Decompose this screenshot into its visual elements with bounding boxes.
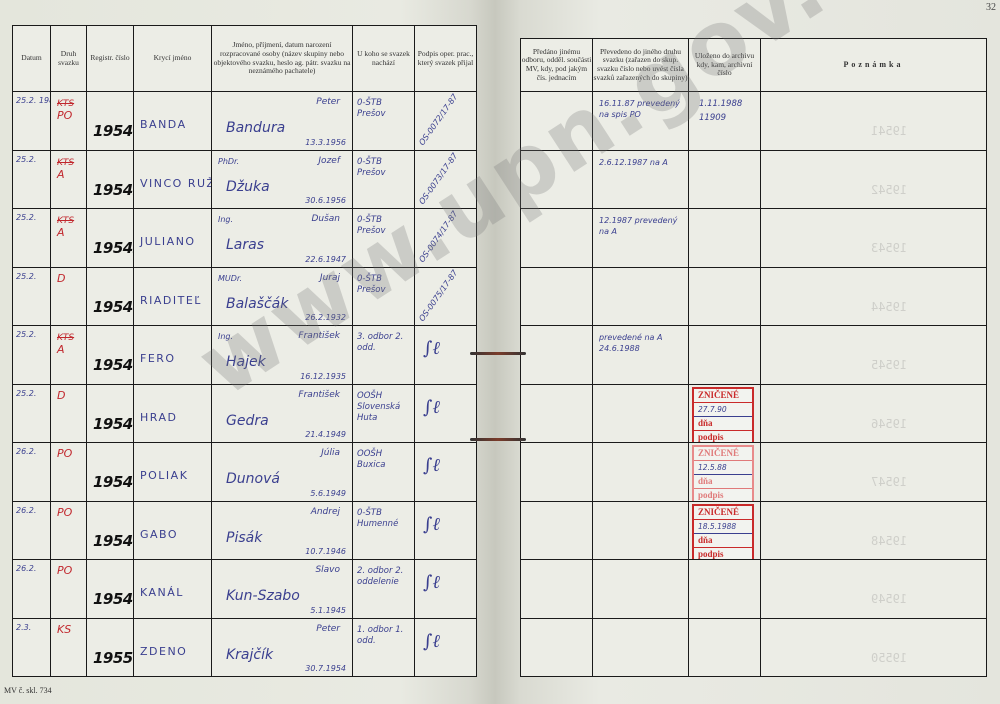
registration-number: 19543 bbox=[93, 239, 134, 257]
ledger-row: 25.2.KTSA19542VINCO RUŽENAPhDr.JozefDžuk… bbox=[13, 150, 477, 209]
right-header-col-3: Uloženo do archivu kdy, kam, archivní čí… bbox=[689, 39, 761, 92]
converted-note: 16.11.87 prevedený na spis PO bbox=[599, 98, 686, 120]
ledger-row-right: ZNIČENÉ12.5.88dňapodpis19547 bbox=[521, 443, 987, 502]
file-location: OOŠH Buxica bbox=[357, 449, 409, 472]
stamp-date: 12.5.88 bbox=[694, 461, 752, 475]
cover-name-cell: HRAD bbox=[134, 384, 212, 443]
handwritten-signature-mark: ∫ℓ bbox=[423, 455, 440, 476]
reg-number-cell: 19546 bbox=[87, 384, 134, 443]
ledger-row-right: 16.11.87 prevedený na spis PO1.11.1988 1… bbox=[521, 92, 987, 151]
registration-number: 19542 bbox=[93, 181, 134, 199]
left-header-col-5: Jméno, příjmení, datum narození rozpraco… bbox=[212, 26, 353, 92]
date-cell: 26.2. bbox=[13, 501, 51, 560]
note-cell: 19550 bbox=[761, 618, 987, 677]
entry-date: 26.2. bbox=[16, 447, 36, 456]
signature-cell: ∫ℓ bbox=[415, 326, 477, 385]
entry-date: 25.2. 1987 bbox=[16, 96, 51, 105]
cover-name-cell: RIADITEĽ bbox=[134, 267, 212, 326]
reg-number-cell: 19549 bbox=[87, 560, 134, 619]
reg-number-cell: 19542 bbox=[87, 150, 134, 209]
ledger-row: 25.2.KTSA19545FEROIng.FrantišekHajek16.1… bbox=[13, 326, 477, 385]
cover-name-cell: JULIANO bbox=[134, 209, 212, 268]
type-cell: PO bbox=[51, 560, 87, 619]
type-cell: KTSPO bbox=[51, 92, 87, 151]
converted-cell: 2.6.12.1987 na A bbox=[593, 150, 689, 209]
stamp-day-label: dňa bbox=[694, 475, 752, 489]
transferred-cell bbox=[521, 384, 593, 443]
cover-name: POLIAK bbox=[140, 469, 188, 482]
left-header-col-4: Krycí jméno bbox=[134, 26, 212, 92]
person-cell: JúliaDunová5.6.1949 bbox=[212, 443, 353, 502]
surname: Dunová bbox=[226, 471, 280, 487]
file-location: 0-ŠTB Humenné bbox=[357, 508, 409, 531]
converted-cell: prevedené na A 24.6.1988 bbox=[593, 326, 689, 385]
surname: Pisák bbox=[226, 530, 262, 546]
file-type: PO bbox=[57, 506, 72, 519]
registration-number: 19546 bbox=[93, 415, 134, 433]
ledger-row-right: 19544 bbox=[521, 267, 987, 326]
location-cell: 0-ŠTB Prešov bbox=[353, 92, 415, 151]
first-name: Andrej bbox=[311, 507, 340, 517]
transferred-cell bbox=[521, 443, 593, 502]
ledger-row-right: 2.6.12.1987 na A19542 bbox=[521, 150, 987, 209]
ledger-row: 2.3.KS19550ZDENOPeterKrajčík30.7.19541. … bbox=[13, 618, 477, 677]
first-name: Peter bbox=[316, 624, 340, 634]
left-header-col-3: Registr. číslo bbox=[87, 26, 134, 92]
signature-cell: ∫ℓ bbox=[415, 560, 477, 619]
person-cell: Ing.DušanLaras22.6.1947 bbox=[212, 209, 353, 268]
note-cell: 19543 bbox=[761, 209, 987, 268]
bleed-through-number: 19542 bbox=[871, 183, 907, 197]
file-type: KTSA bbox=[57, 155, 74, 181]
handwritten-signature-mark: ∫ℓ bbox=[423, 397, 440, 418]
struck-type: KTS bbox=[57, 158, 74, 168]
date-cell: 26.2. bbox=[13, 443, 51, 502]
location-cell: OOŠH Slovenská Huta bbox=[353, 384, 415, 443]
left-header-col-6: U koho se svazek nachází bbox=[353, 26, 415, 92]
file-type: PO bbox=[57, 447, 72, 460]
type-cell: D bbox=[51, 267, 87, 326]
registration-number: 19548 bbox=[93, 532, 134, 550]
file-location: 2. odbor 2. oddelenie bbox=[357, 566, 409, 589]
reg-number-cell: 19543 bbox=[87, 209, 134, 268]
handwritten-signature-mark: ∫ℓ bbox=[423, 631, 440, 652]
stamp-signature-label: podpis bbox=[694, 489, 752, 501]
reg-number-cell: 19550 bbox=[87, 618, 134, 677]
first-name: Juraj bbox=[320, 273, 340, 283]
bleed-through-number: 19546 bbox=[871, 417, 907, 431]
current-type: A bbox=[57, 168, 65, 181]
entry-date: 25.2. bbox=[16, 330, 36, 339]
signature-cell: OS-0072/17-87 bbox=[415, 92, 477, 151]
location-cell: 0-ŠTB Prešov bbox=[353, 267, 415, 326]
type-cell: KS bbox=[51, 618, 87, 677]
cover-name: RIADITEĽ bbox=[140, 294, 202, 307]
transferred-cell bbox=[521, 92, 593, 151]
surname: Balaščák bbox=[226, 296, 288, 312]
location-cell: 0-ŠTB Humenné bbox=[353, 501, 415, 560]
left-header-col-1: Datum bbox=[13, 26, 51, 92]
transferred-cell bbox=[521, 326, 593, 385]
person-cell: SlavoKun-Szabo5.1.1945 bbox=[212, 560, 353, 619]
location-cell: 0-ŠTB Prešov bbox=[353, 209, 415, 268]
binding-thread-bottom bbox=[470, 438, 526, 441]
note-cell: 19545 bbox=[761, 326, 987, 385]
right-header-col-4: Poznámka bbox=[761, 39, 987, 92]
date-of-birth: 30.7.1954 bbox=[305, 664, 346, 673]
ledger-row: 25.2.D19546HRADFrantišekGedra21.4.1949OO… bbox=[13, 384, 477, 443]
note-cell: 19541 bbox=[761, 92, 987, 151]
converted-cell bbox=[593, 443, 689, 502]
person-cell: PhDr.JozefDžuka30.6.1956 bbox=[212, 150, 353, 209]
destroyed-stamp: ZNIČENÉ12.5.88dňapodpis bbox=[692, 445, 754, 501]
cover-name-cell: KANÁL bbox=[134, 560, 212, 619]
cover-name: BANDA bbox=[140, 118, 187, 131]
registration-number: 19549 bbox=[93, 590, 134, 608]
cover-name: VINCO RUŽENA bbox=[140, 177, 212, 190]
cover-name: GABO bbox=[140, 528, 178, 541]
type-cell: PO bbox=[51, 501, 87, 560]
left-header-col-2: Druh svazku bbox=[51, 26, 87, 92]
person-title: Ing. bbox=[218, 332, 233, 341]
date-of-birth: 16.12.1935 bbox=[300, 372, 346, 381]
converted-cell bbox=[593, 267, 689, 326]
transferred-cell bbox=[521, 560, 593, 619]
person-cell: PeterBandura13.3.1956 bbox=[212, 92, 353, 151]
converted-note: prevedené na A 24.6.1988 bbox=[599, 332, 686, 354]
date-cell: 26.2. bbox=[13, 560, 51, 619]
converted-cell bbox=[593, 560, 689, 619]
converted-cell: 16.11.87 prevedený na spis PO bbox=[593, 92, 689, 151]
date-of-birth: 30.6.1956 bbox=[305, 196, 346, 205]
cover-name-cell: ZDENO bbox=[134, 618, 212, 677]
person-cell: MUDr.JurajBalaščák26.2.1932 bbox=[212, 267, 353, 326]
bleed-through-number: 19545 bbox=[871, 358, 907, 372]
current-type: D bbox=[57, 272, 65, 285]
person-title: Ing. bbox=[218, 215, 233, 224]
file-location: 1. odbor 1. odd. bbox=[357, 625, 409, 648]
handwritten-signature-mark: ∫ℓ bbox=[423, 338, 440, 359]
cover-name: JULIANO bbox=[140, 235, 196, 248]
officer-signature-ref: OS-0075/17-87 bbox=[417, 268, 459, 323]
signature-cell: OS-0074/17-87 bbox=[415, 209, 477, 268]
archive-cell bbox=[689, 326, 761, 385]
archive-cell bbox=[689, 267, 761, 326]
entry-date: 2.3. bbox=[16, 623, 31, 632]
officer-signature-ref: OS-0074/17-87 bbox=[417, 209, 459, 264]
right-header-row: Předáno jinému odboru, odděl. součásti M… bbox=[521, 39, 987, 92]
note-cell: 19547 bbox=[761, 443, 987, 502]
converted-note: 2.6.12.1987 na A bbox=[599, 157, 686, 168]
ledger-row: 25.2.KTSA19543JULIANOIng.DušanLaras22.6.… bbox=[13, 209, 477, 268]
file-type: PO bbox=[57, 564, 72, 577]
converted-cell bbox=[593, 384, 689, 443]
current-type: A bbox=[57, 343, 65, 356]
bleed-through-number: 19547 bbox=[871, 475, 907, 489]
date-of-birth: 10.7.1946 bbox=[305, 547, 346, 556]
reg-number-cell: 19548 bbox=[87, 501, 134, 560]
type-cell: KTSA bbox=[51, 209, 87, 268]
date-cell: 25.2. bbox=[13, 326, 51, 385]
cover-name: ZDENO bbox=[140, 645, 187, 658]
surname: Hajek bbox=[226, 354, 266, 370]
ledger-row-right: ZNIČENÉ18.5.1988dňapodpis19548 bbox=[521, 501, 987, 560]
converted-cell bbox=[593, 501, 689, 560]
file-type: KTSPO bbox=[57, 96, 74, 122]
file-location: 3. odbor 2. odd. bbox=[357, 332, 409, 355]
archive-cell: ZNIČENÉ27.7.90dňapodpis bbox=[689, 384, 761, 443]
date-of-birth: 5.1.1945 bbox=[310, 606, 346, 615]
date-cell: 25.2. bbox=[13, 267, 51, 326]
transferred-cell bbox=[521, 501, 593, 560]
date-of-birth: 13.3.1956 bbox=[305, 138, 346, 147]
cover-name-cell: BANDA bbox=[134, 92, 212, 151]
surname: Krajčík bbox=[226, 647, 273, 663]
surname: Kun-Szabo bbox=[226, 588, 300, 604]
entry-date: 25.2. bbox=[16, 155, 36, 164]
person-title: PhDr. bbox=[218, 157, 239, 166]
right-ledger-table: Předáno jinému odboru, odděl. součásti M… bbox=[520, 38, 987, 677]
transferred-cell bbox=[521, 618, 593, 677]
archive-cell bbox=[689, 618, 761, 677]
entry-date: 26.2. bbox=[16, 506, 36, 515]
signature-cell: ∫ℓ bbox=[415, 384, 477, 443]
file-location: 0-ŠTB Prešov bbox=[357, 274, 409, 297]
file-type: D bbox=[57, 389, 65, 402]
signature-cell: OS-0075/17-87 bbox=[415, 267, 477, 326]
signature-cell: ∫ℓ bbox=[415, 443, 477, 502]
ledger-row-right: prevedené na A 24.6.198819545 bbox=[521, 326, 987, 385]
note-cell: 19546 bbox=[761, 384, 987, 443]
ledger-row: 26.2.PO19549KANÁLSlavoKun-Szabo5.1.19452… bbox=[13, 560, 477, 619]
date-cell: 25.2. bbox=[13, 209, 51, 268]
file-type: KTSA bbox=[57, 330, 74, 356]
cover-name-cell: FERO bbox=[134, 326, 212, 385]
location-cell: 3. odbor 2. odd. bbox=[353, 326, 415, 385]
stamp-day-label: dňa bbox=[694, 417, 752, 431]
archive-cell bbox=[689, 560, 761, 619]
handwritten-signature-mark: ∫ℓ bbox=[423, 572, 440, 593]
first-name: Peter bbox=[316, 97, 340, 107]
location-cell: OOŠH Buxica bbox=[353, 443, 415, 502]
first-name: Júlia bbox=[321, 448, 340, 458]
ledger-row-right: 19549 bbox=[521, 560, 987, 619]
officer-signature-ref: OS-0072/17-87 bbox=[417, 92, 459, 147]
surname: Gedra bbox=[226, 413, 269, 429]
cover-name-cell: POLIAK bbox=[134, 443, 212, 502]
converted-cell bbox=[593, 618, 689, 677]
current-type: D bbox=[57, 389, 65, 402]
file-type: KTSA bbox=[57, 213, 74, 239]
date-of-birth: 5.6.1949 bbox=[310, 489, 346, 498]
reg-number-cell: 19547 bbox=[87, 443, 134, 502]
first-name: František bbox=[298, 390, 340, 400]
page-number: 32 bbox=[986, 2, 996, 13]
person-cell: AndrejPisák10.7.1946 bbox=[212, 501, 353, 560]
stamp-signature-label: podpis bbox=[694, 431, 752, 443]
archive-cell bbox=[689, 209, 761, 268]
registration-number: 19544 bbox=[93, 298, 134, 316]
type-cell: D bbox=[51, 384, 87, 443]
note-cell: 19548 bbox=[761, 501, 987, 560]
location-cell: 0-ŠTB Prešov bbox=[353, 150, 415, 209]
date-of-birth: 22.6.1947 bbox=[305, 255, 346, 264]
stamp-date: 27.7.90 bbox=[694, 403, 752, 417]
cover-name: HRAD bbox=[140, 411, 177, 424]
ledger-row: 26.2.PO19548GABOAndrejPisák10.7.19460-ŠT… bbox=[13, 501, 477, 560]
first-name: Dušan bbox=[311, 214, 340, 224]
transferred-cell bbox=[521, 150, 593, 209]
first-name: Jozef bbox=[318, 156, 340, 166]
left-header-row: DatumDruh svazkuRegistr. čísloKrycí jmén… bbox=[13, 26, 477, 92]
current-type: PO bbox=[57, 506, 72, 519]
handwritten-signature-mark: ∫ℓ bbox=[423, 514, 440, 535]
officer-signature-ref: OS-0073/17-87 bbox=[417, 151, 459, 206]
bleed-through-number: 19543 bbox=[871, 241, 907, 255]
destroyed-stamp: ZNIČENÉ18.5.1988dňapodpis bbox=[692, 504, 754, 560]
archive-cell: ZNIČENÉ12.5.88dňapodpis bbox=[689, 443, 761, 502]
bleed-through-number: 19548 bbox=[871, 534, 907, 548]
location-cell: 1. odbor 1. odd. bbox=[353, 618, 415, 677]
ledger-row: 25.2. 1987KTSPO19541BANDAPeterBandura13.… bbox=[13, 92, 477, 151]
type-cell: PO bbox=[51, 443, 87, 502]
ledger-row: 26.2.PO19547POLIAKJúliaDunová5.6.1949OOŠ… bbox=[13, 443, 477, 502]
registration-number: 19545 bbox=[93, 356, 134, 374]
ledger-row-right: ZNIČENÉ27.7.90dňapodpis19546 bbox=[521, 384, 987, 443]
registration-number: 19541 bbox=[93, 122, 134, 140]
date-cell: 25.2. 1987 bbox=[13, 92, 51, 151]
location-cell: 2. odbor 2. oddelenie bbox=[353, 560, 415, 619]
right-header-col-1: Předáno jinému odboru, odděl. součásti M… bbox=[521, 39, 593, 92]
converted-note: 12.1987 prevedený na A bbox=[599, 215, 686, 237]
file-location: 0-ŠTB Prešov bbox=[357, 215, 409, 238]
current-type: PO bbox=[57, 564, 72, 577]
cover-name-cell: GABO bbox=[134, 501, 212, 560]
cover-name: FERO bbox=[140, 352, 176, 365]
reg-number-cell: 19545 bbox=[87, 326, 134, 385]
person-title: MUDr. bbox=[218, 274, 242, 283]
file-location: 0-ŠTB Prešov bbox=[357, 98, 409, 121]
ledger-row: 25.2.D19544RIADITEĽMUDr.JurajBalaščák26.… bbox=[13, 267, 477, 326]
stamp-label: ZNIČENÉ bbox=[694, 506, 752, 520]
type-cell: KTSA bbox=[51, 326, 87, 385]
form-code: MV č. skl. 734 bbox=[4, 686, 52, 695]
current-type: A bbox=[57, 226, 65, 239]
file-type: D bbox=[57, 272, 65, 285]
right-header-col-2: Převedeno do jiného druhu svazku (zařaze… bbox=[593, 39, 689, 92]
bleed-through-number: 19544 bbox=[871, 300, 907, 314]
archive-info: 1.11.1988 11909 bbox=[699, 98, 760, 125]
file-type: KS bbox=[57, 623, 71, 636]
entry-date: 25.2. bbox=[16, 389, 36, 398]
left-header-col-7: Podpis oper. prac., který svazek přijal bbox=[415, 26, 477, 92]
stamp-signature-label: podpis bbox=[694, 548, 752, 560]
archive-cell: ZNIČENÉ18.5.1988dňapodpis bbox=[689, 501, 761, 560]
current-type: PO bbox=[57, 447, 72, 460]
ledger-row-right: 12.1987 prevedený na A19543 bbox=[521, 209, 987, 268]
struck-type: KTS bbox=[57, 216, 74, 226]
struck-type: KTS bbox=[57, 99, 74, 109]
archive-cell: 1.11.1988 11909 bbox=[689, 92, 761, 151]
signature-cell: ∫ℓ bbox=[415, 501, 477, 560]
stamp-date: 18.5.1988 bbox=[694, 520, 752, 534]
first-name: František bbox=[298, 331, 340, 341]
file-location: OOŠH Slovenská Huta bbox=[357, 391, 409, 425]
note-cell: 19549 bbox=[761, 560, 987, 619]
binding-thread-top bbox=[470, 352, 526, 355]
bleed-through-number: 19549 bbox=[871, 592, 907, 606]
transferred-cell bbox=[521, 267, 593, 326]
surname: Laras bbox=[226, 237, 264, 253]
date-of-birth: 21.4.1949 bbox=[305, 430, 346, 439]
type-cell: KTSA bbox=[51, 150, 87, 209]
person-cell: Ing.FrantišekHajek16.12.1935 bbox=[212, 326, 353, 385]
date-of-birth: 26.2.1932 bbox=[305, 313, 346, 322]
destroyed-stamp: ZNIČENÉ27.7.90dňapodpis bbox=[692, 387, 754, 443]
reg-number-cell: 19544 bbox=[87, 267, 134, 326]
stamp-label: ZNIČENÉ bbox=[694, 389, 752, 403]
person-cell: PeterKrajčík30.7.1954 bbox=[212, 618, 353, 677]
stamp-day-label: dňa bbox=[694, 534, 752, 548]
date-cell: 25.2. bbox=[13, 384, 51, 443]
surname: Džuka bbox=[226, 179, 270, 195]
surname: Bandura bbox=[226, 120, 285, 136]
first-name: Slavo bbox=[315, 565, 340, 575]
entry-date: 25.2. bbox=[16, 213, 36, 222]
entry-date: 25.2. bbox=[16, 272, 36, 281]
cover-name: KANÁL bbox=[140, 586, 184, 599]
cover-name-cell: VINCO RUŽENA bbox=[134, 150, 212, 209]
left-ledger-table: DatumDruh svazkuRegistr. čísloKrycí jmén… bbox=[12, 25, 477, 677]
current-type: PO bbox=[57, 109, 72, 122]
entry-date: 26.2. bbox=[16, 564, 36, 573]
date-cell: 25.2. bbox=[13, 150, 51, 209]
file-location: 0-ŠTB Prešov bbox=[357, 157, 409, 180]
signature-cell: ∫ℓ bbox=[415, 618, 477, 677]
archive-cell bbox=[689, 150, 761, 209]
registration-number: 19547 bbox=[93, 473, 134, 491]
transferred-cell bbox=[521, 209, 593, 268]
current-type: KS bbox=[57, 623, 71, 636]
signature-cell: OS-0073/17-87 bbox=[415, 150, 477, 209]
bleed-through-number: 19541 bbox=[871, 124, 907, 138]
reg-number-cell: 19541 bbox=[87, 92, 134, 151]
registration-number: 19550 bbox=[93, 649, 134, 667]
ledger-row-right: 19550 bbox=[521, 618, 987, 677]
date-cell: 2.3. bbox=[13, 618, 51, 677]
stamp-label: ZNIČENÉ bbox=[694, 447, 752, 461]
note-cell: 19544 bbox=[761, 267, 987, 326]
bleed-through-number: 19550 bbox=[871, 651, 907, 665]
struck-type: KTS bbox=[57, 333, 74, 343]
person-cell: FrantišekGedra21.4.1949 bbox=[212, 384, 353, 443]
ledger-spread: 32 DatumDruh svazkuRegistr. čísloKrycí j… bbox=[0, 0, 1000, 704]
note-cell: 19542 bbox=[761, 150, 987, 209]
converted-cell: 12.1987 prevedený na A bbox=[593, 209, 689, 268]
